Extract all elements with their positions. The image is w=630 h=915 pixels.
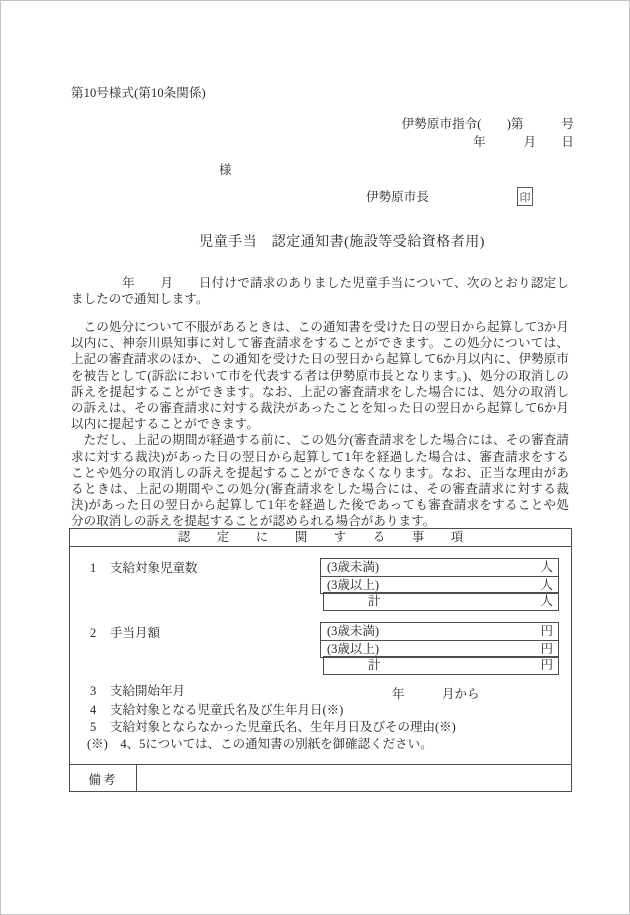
total-label: 計 [368, 593, 381, 610]
item5-number: 5 [90, 720, 110, 735]
item2-label-line: 2手当月額 [90, 626, 160, 641]
age-band-label: (3歳以上) [327, 577, 379, 593]
unit-label: 円 [540, 657, 553, 674]
item3-value: 年 月から [392, 684, 480, 702]
item4-label-line: 4支給対象となる児童氏名及び生年月日(※) [90, 703, 343, 718]
item1-number: 1 [90, 561, 110, 576]
seal-box: 印 [517, 187, 533, 206]
remarks-row: 備考 [70, 764, 571, 792]
item4-label: 支給対象となる児童氏名及び生年月日(※) [110, 703, 343, 717]
unit-label: 円 [540, 641, 553, 657]
table-footnote: (※) 4、5については、この通知書の別紙を御確認ください。 [87, 737, 433, 752]
remarks-content-empty [137, 765, 571, 792]
item1-total-row: 計 人 [323, 592, 559, 611]
item1-value-box: (3歳未満) 人 (3歳以上) 人 [320, 558, 559, 594]
item2-total-row: 計 円 [323, 656, 559, 675]
directive-number-line: 伊勢原市指令( )第 号 [402, 116, 574, 134]
table-header: 認定に関する事項 [70, 529, 571, 547]
appeal-paragraph-2: ただし、上記の期間が経過する前に、この処分(審査請求をした場合には、その審査請求… [71, 432, 569, 529]
appeal-rights-block: この処分について不服があるときは、この通知書を受けた日の翌日から起算して3か月以… [71, 319, 569, 530]
document-title: 児童手当 認定通知書(施設等受給資格者用) [199, 231, 485, 251]
notification-block: 年 月 日付けで請求のありました児童手当について、次のとおり認定しましたので通知… [71, 275, 569, 307]
directive-block: 伊勢原市指令( )第 号 年 月 日 [402, 116, 574, 151]
addressee-honorific: 様 [219, 162, 232, 178]
item1-label: 支給対象児童数 [110, 561, 198, 575]
unit-label: 人 [540, 559, 553, 576]
form-number: 第10号様式(第10条関係) [71, 85, 206, 101]
seal-character: 印 [520, 189, 531, 205]
item3-label: 支給開始年月 [110, 684, 185, 698]
table-header-text: 認定に関する事項 [178, 530, 490, 544]
unit-label: 人 [540, 577, 553, 593]
item2-row-under3: (3歳未満) 円 [321, 623, 558, 640]
remarks-label: 備考 [70, 765, 137, 792]
item2-number: 2 [90, 626, 110, 641]
total-label: 計 [368, 657, 381, 674]
item5-label-line: 5支給対象とならなかった児童氏名、生年月日及びその理由(※) [90, 720, 456, 735]
item2-label: 手当月額 [110, 626, 160, 640]
item5-label: 支給対象とならなかった児童氏名、生年月日及びその理由(※) [110, 720, 456, 734]
unit-label: 円 [540, 623, 553, 640]
issuer-name: 伊勢原市長 [366, 189, 429, 205]
issue-date-line: 年 月 日 [402, 134, 574, 152]
item1-row-under3: (3歳未満) 人 [321, 559, 558, 576]
item2-value-box: (3歳未満) 円 (3歳以上) 円 [320, 622, 559, 658]
item4-number: 4 [90, 703, 110, 718]
age-band-label: (3歳以上) [327, 641, 379, 657]
unit-label: 人 [540, 593, 553, 610]
appeal-paragraph-1: この処分について不服があるときは、この通知書を受けた日の翌日から起算して3か月以… [71, 319, 569, 432]
age-band-label: (3歳未満) [327, 559, 379, 576]
age-band-label: (3歳未満) [327, 623, 379, 640]
notification-paragraph: 年 月 日付けで請求のありました児童手当について、次のとおり認定しましたので通知… [71, 275, 569, 307]
item3-number: 3 [90, 684, 110, 699]
certification-table: 認定に関する事項 1支給対象児童数 (3歳未満) 人 (3歳以上) 人 計 人 … [69, 528, 572, 792]
item2-row-over3: (3歳以上) 円 [321, 640, 558, 657]
item1-label-line: 1支給対象児童数 [90, 561, 198, 576]
item3-label-line: 3支給開始年月 [90, 684, 185, 699]
item1-row-over3: (3歳以上) 人 [321, 576, 558, 593]
document-page: 第10号様式(第10条関係) 伊勢原市指令( )第 号 年 月 日 様 伊勢原市… [0, 0, 630, 915]
